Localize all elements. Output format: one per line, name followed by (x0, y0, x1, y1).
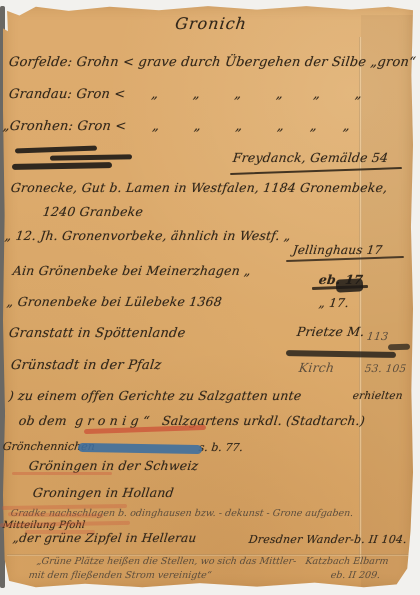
red-crayon-faint-underline (12, 472, 112, 475)
entry-gronecke: Gronecke, Gut b. Lamen in Westfalen, 118… (10, 180, 388, 195)
entry-gorfelde: Gorfelde: Grohn < grave durch Übergehen … (8, 55, 417, 70)
entry-groningen-holland: Groningen in Holland (32, 485, 175, 500)
note-gruene-plaetze-1: „Grüne Plätze heißen die Stellen, wo sic… (36, 556, 389, 567)
entry-gericht: ) zu einem offen Gerichte zu Salzgatten … (8, 388, 302, 403)
ref-wanderbuch: Dresdner Wander-b. II 104. (248, 533, 408, 546)
entry-gruenstadt: Grünstadt in der Pfalz (10, 358, 162, 373)
entry-granstatt: Granstatt in Spöttenlande (8, 326, 186, 341)
black-smudge-mark (388, 344, 410, 351)
vertical-fold-crease (359, 37, 362, 562)
ref-freydanck: Freydanck, Gemälde 54 (232, 150, 389, 165)
ref-53-105: 53. 105 (364, 363, 407, 375)
ref-eb-ii-209: eb. II 209. (330, 570, 381, 581)
ref-jellinghaus: Jellinghaus 17 (292, 243, 383, 257)
ref-ditto-17: „ 17. (318, 296, 350, 310)
entry-groeningen-schweiz: Gröningen in der Schweiz (28, 458, 199, 473)
ref-kirch: Kirch (298, 360, 335, 375)
fold-shading (361, 15, 415, 590)
scanned-manuscript: Gronich Gorfelde: Grohn < grave durch Üb… (0, 0, 420, 595)
entry-meinerzhagen: Ain Grönenbeke bei Meinerzhagen „ (12, 263, 252, 278)
black-smudge-mark (336, 278, 364, 292)
note-gruene-plaetze-2: mit dem fließenden Strom vereinigte“ (28, 570, 212, 581)
ref-s-b-77: s. b. 77. (198, 441, 244, 454)
entry-granbeke: 1240 Granbeke (42, 204, 144, 219)
entry-gronenvorbeke: „ 12. Jh. Gronenvorbeke, ähnlich in West… (4, 228, 292, 243)
page-title: Gronich (120, 14, 302, 33)
entry-gronhen: „Gronhen: Gron < „ „ „ „ „ „ (2, 119, 351, 134)
ref-prietze: Prietze M. (296, 324, 365, 339)
margin-erhielten: erhielten (352, 390, 403, 402)
entry-luelebeke: „ Gronenbeke bei Lülebeke 1368 (6, 294, 223, 309)
entry-grandau: Grandau: Gron < „ „ „ „ „ „ (8, 87, 363, 102)
red-crayon-scribble (25, 530, 95, 534)
ref-113: 113 (366, 330, 389, 343)
